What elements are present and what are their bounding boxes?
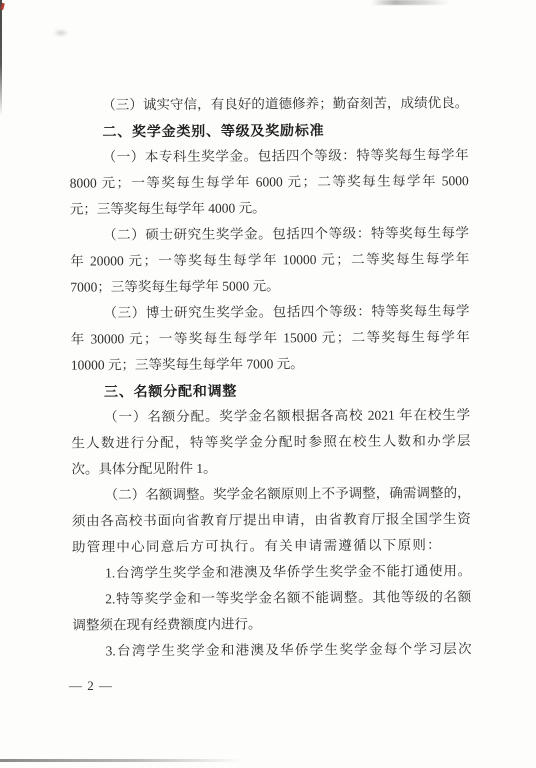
text-line: 次。具体分配见附件 1。 — [71, 454, 470, 482]
text-line: 助管理中心同意后方可执行。有关申请需遵循以下原则： — [72, 532, 471, 560]
text-line: （二）硕士研究生奖学金。包括四个等级：特等奖每生每学 — [70, 220, 469, 248]
text-line: 二、奖学金类别、等级及奖励标准 — [69, 116, 468, 144]
text-line: 年 20000 元；一等奖每生每学年 10000 元；二等奖每生每学年 — [70, 246, 469, 274]
text-line: （三）博士研究生奖学金。包括四个等级：特等奖每生每学 — [70, 298, 469, 326]
text-line: 调整须在现有经费额度内进行。 — [72, 610, 471, 638]
document-page: （三）诚实守信，有良好的道德修养；勤奋刻苦，成绩优良。二、奖学金类别、等级及奖励… — [0, 0, 536, 768]
scan-artifact-red-speck — [0, 3, 5, 11]
text-line: 三、名额分配和调整 — [71, 376, 470, 404]
text-line: 8000 元；一等奖每生每学年 6000 元；二等奖每生每学年 5000 — [70, 168, 469, 196]
scan-artifact-bottom-edge-line — [0, 759, 242, 762]
document-body: （三）诚实守信，有良好的道德修养；勤奋刻苦，成绩优良。二、奖学金类别、等级及奖励… — [69, 90, 471, 664]
scan-artifact-smudge — [53, 29, 69, 37]
text-line: 7000；三等奖每生每学年 5000 元。 — [70, 272, 469, 300]
text-line: 10000 元；三等奖每生每学年 7000 元。 — [71, 350, 470, 378]
text-line: 年 30000 元；一等奖每生每学年 15000 元；二等奖每生每学年 — [71, 324, 470, 352]
text-line: （一）本专科生奖学金。包括四个等级：特等奖每生每学年 — [69, 142, 468, 170]
text-line: （一）名额分配。奖学金名额根据各高校 2021 年在校生学 — [71, 402, 470, 430]
text-line: （二）名额调整。奖学金名额原则上不予调整，确需调整的， — [72, 480, 471, 508]
text-line: 2.特等奖学金和一等奖学金名额不能调整。其他等级的名额 — [72, 584, 471, 612]
text-line: （三）诚实守信，有良好的道德修养；勤奋刻苦，成绩优良。 — [69, 90, 468, 118]
text-line: 1.台湾学生奖学金和港澳及华侨学生奖学金不能打通使用。 — [72, 558, 471, 586]
text-line: 生人数进行分配，特等奖学金分配时参照在校生人数和办学层 — [71, 428, 470, 456]
scan-artifact-left-edge-line — [0, 0, 2, 116]
text-line: 元；三等奖每生每学年 4000 元。 — [70, 194, 469, 222]
scan-artifact-top-streak — [371, 0, 449, 5]
text-line: 须由各高校书面向省教育厅提出申请，由省教育厅报全国学生资 — [72, 506, 471, 534]
text-line: 3.台湾学生奖学金和港澳及华侨学生奖学金每个学习层次 — [73, 636, 472, 664]
page-number: — 2 — — [69, 678, 113, 694]
